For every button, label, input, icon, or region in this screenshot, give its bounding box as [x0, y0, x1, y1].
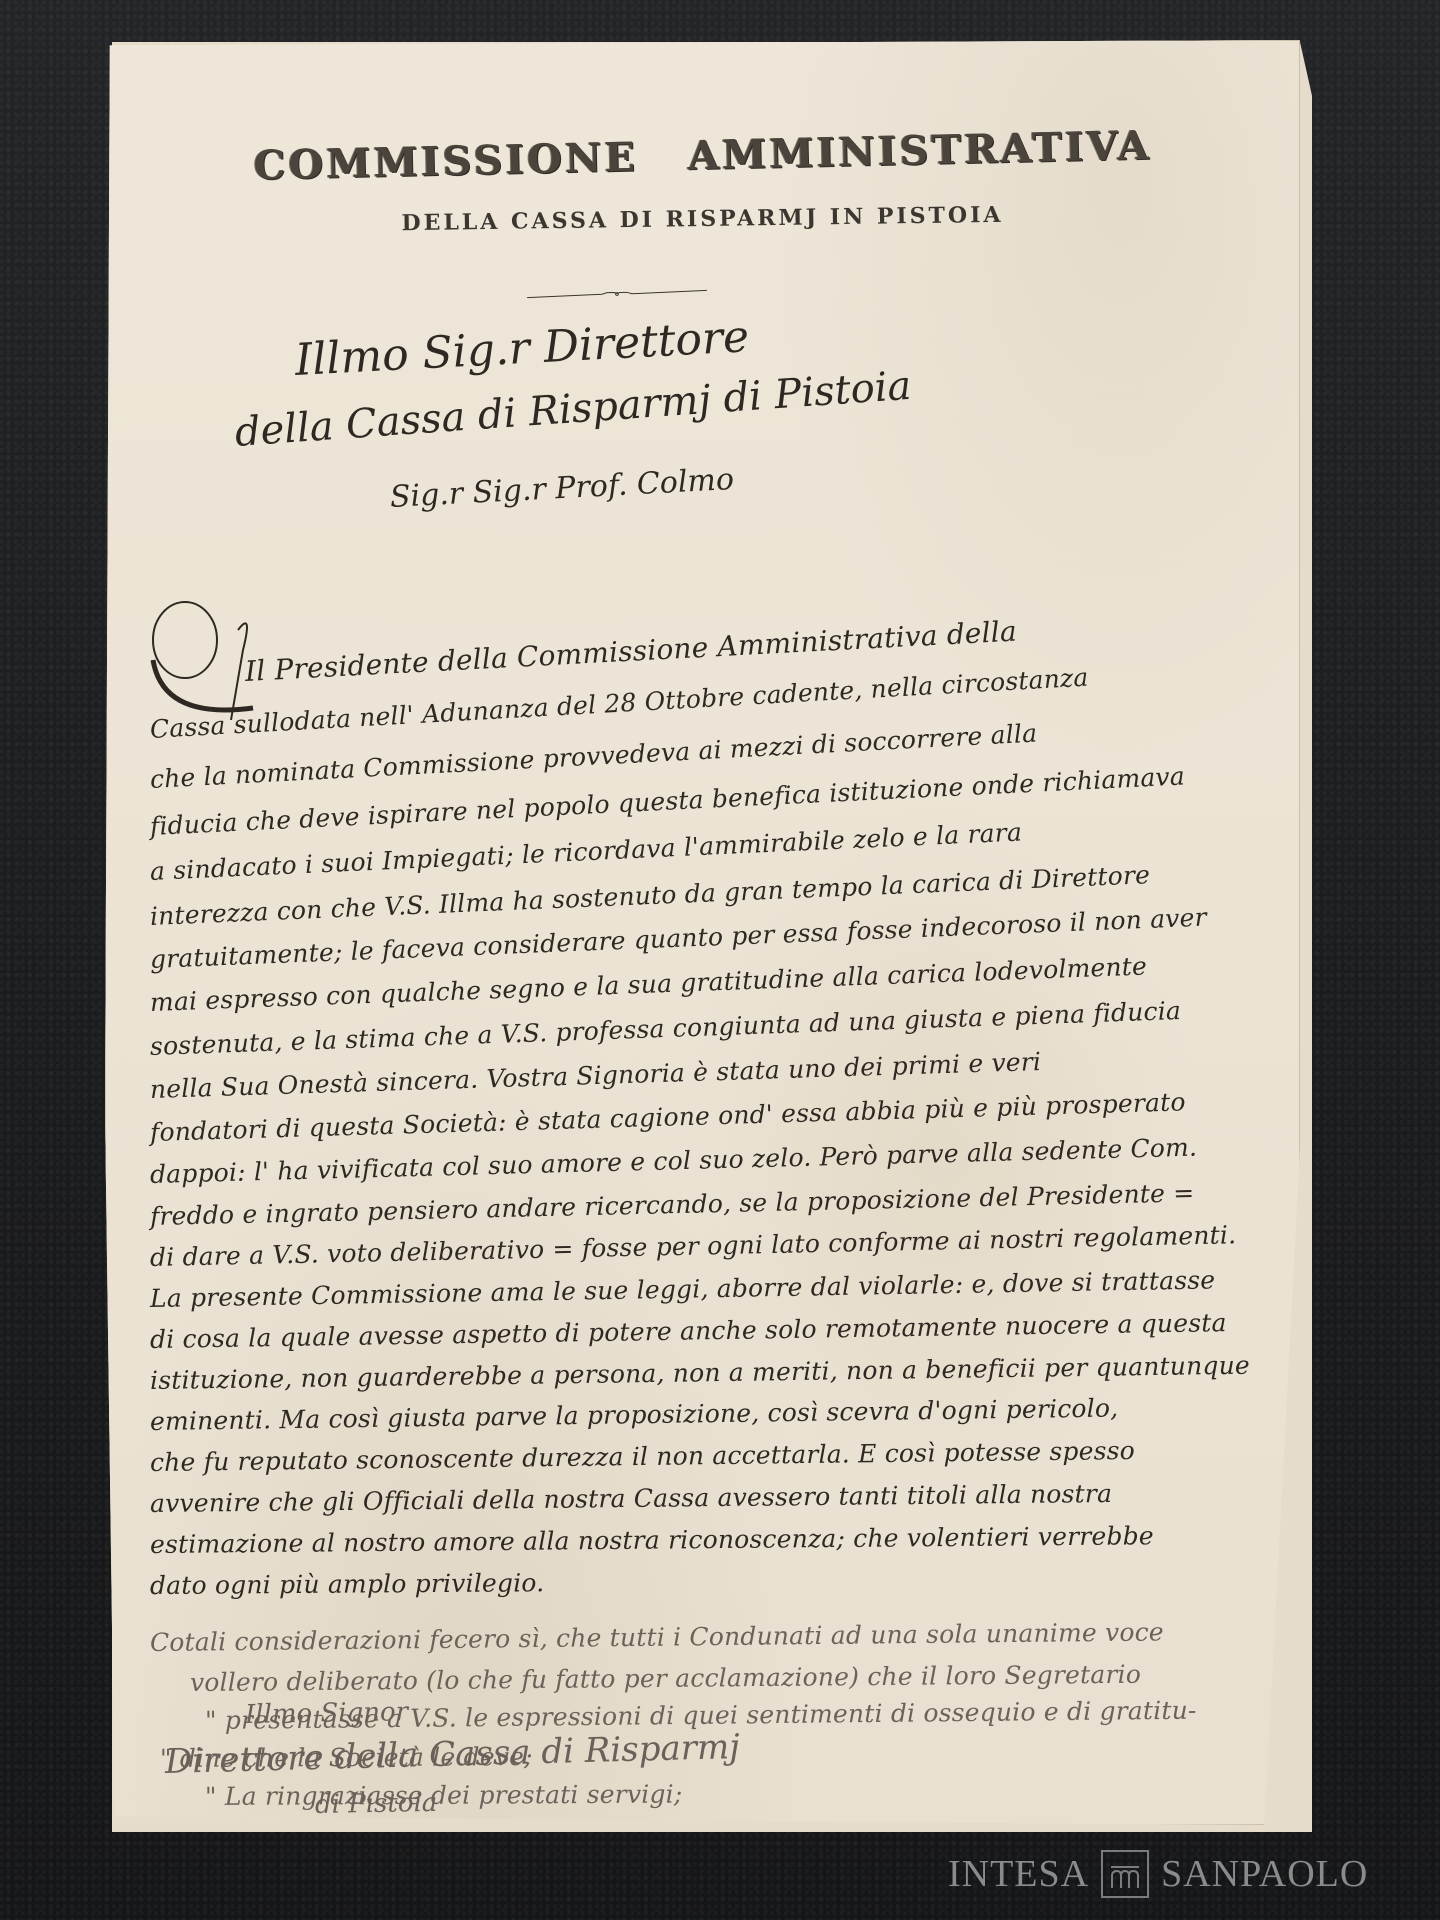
address-line-3: Sig.r Sig.r Prof. Colmo [389, 462, 735, 515]
body-line: di dare a V.S. voto deliberativo = fosse… [150, 1220, 1237, 1272]
bank-building-icon [1101, 1850, 1149, 1898]
letterhead-title-word1: COMMISSIONE [253, 133, 638, 189]
body-line: istituzione, non guarderebbe a persona, … [150, 1351, 1250, 1395]
letterhead-title-word2: AMMINISTRATIVA [687, 122, 1152, 180]
body-line: estimazione al nostro amore alla nostra … [150, 1521, 1154, 1559]
footer-address-line-3: di Pistoia [315, 1788, 438, 1820]
body-line: che fu reputato sconoscente durezza il n… [150, 1436, 1135, 1477]
body-line: La presente Commissione ama le sue leggi… [150, 1265, 1216, 1313]
letter-sheet: COMMISSIONEAMMINISTRATIVA DELLA CASSA DI… [105, 40, 1300, 1825]
letterhead-subtitle: DELLA CASSA DI RISPARMJ IN PISTOIA [105, 198, 1300, 241]
body-line: dato ogni più amplo privilegio. [150, 1568, 545, 1600]
body-line: avvenire che gli Officiali della nostra … [150, 1479, 1112, 1518]
closing-line: Cotali considerazioni fecero sì, che tut… [150, 1617, 1164, 1657]
watermark-right-text: SANPAOLO [1161, 1852, 1368, 1896]
intesa-sanpaolo-watermark: INTESA SANPAOLO [948, 1852, 1368, 1896]
closing-line: vollero deliberato (lo che fu fatto per … [190, 1660, 1141, 1697]
letterhead-title: COMMISSIONEAMMINISTRATIVA [105, 118, 1301, 192]
ornament-divider-icon [527, 286, 707, 301]
address-line-1: Illmo Sig.r Direttore [294, 311, 751, 386]
watermark-left-text: INTESA [948, 1852, 1089, 1896]
body-line: freddo e ingrato pensiero andare ricerca… [150, 1178, 1195, 1231]
body-line: eminenti. Ma così giusta parve la propos… [150, 1393, 1119, 1436]
body-line: di cosa la quale avesse aspetto di poter… [150, 1308, 1227, 1354]
closing-line: " La ringraziasse dei prestati servigi; [205, 1780, 683, 1811]
footer-address-line-1: Illmo Signor [245, 1697, 409, 1730]
